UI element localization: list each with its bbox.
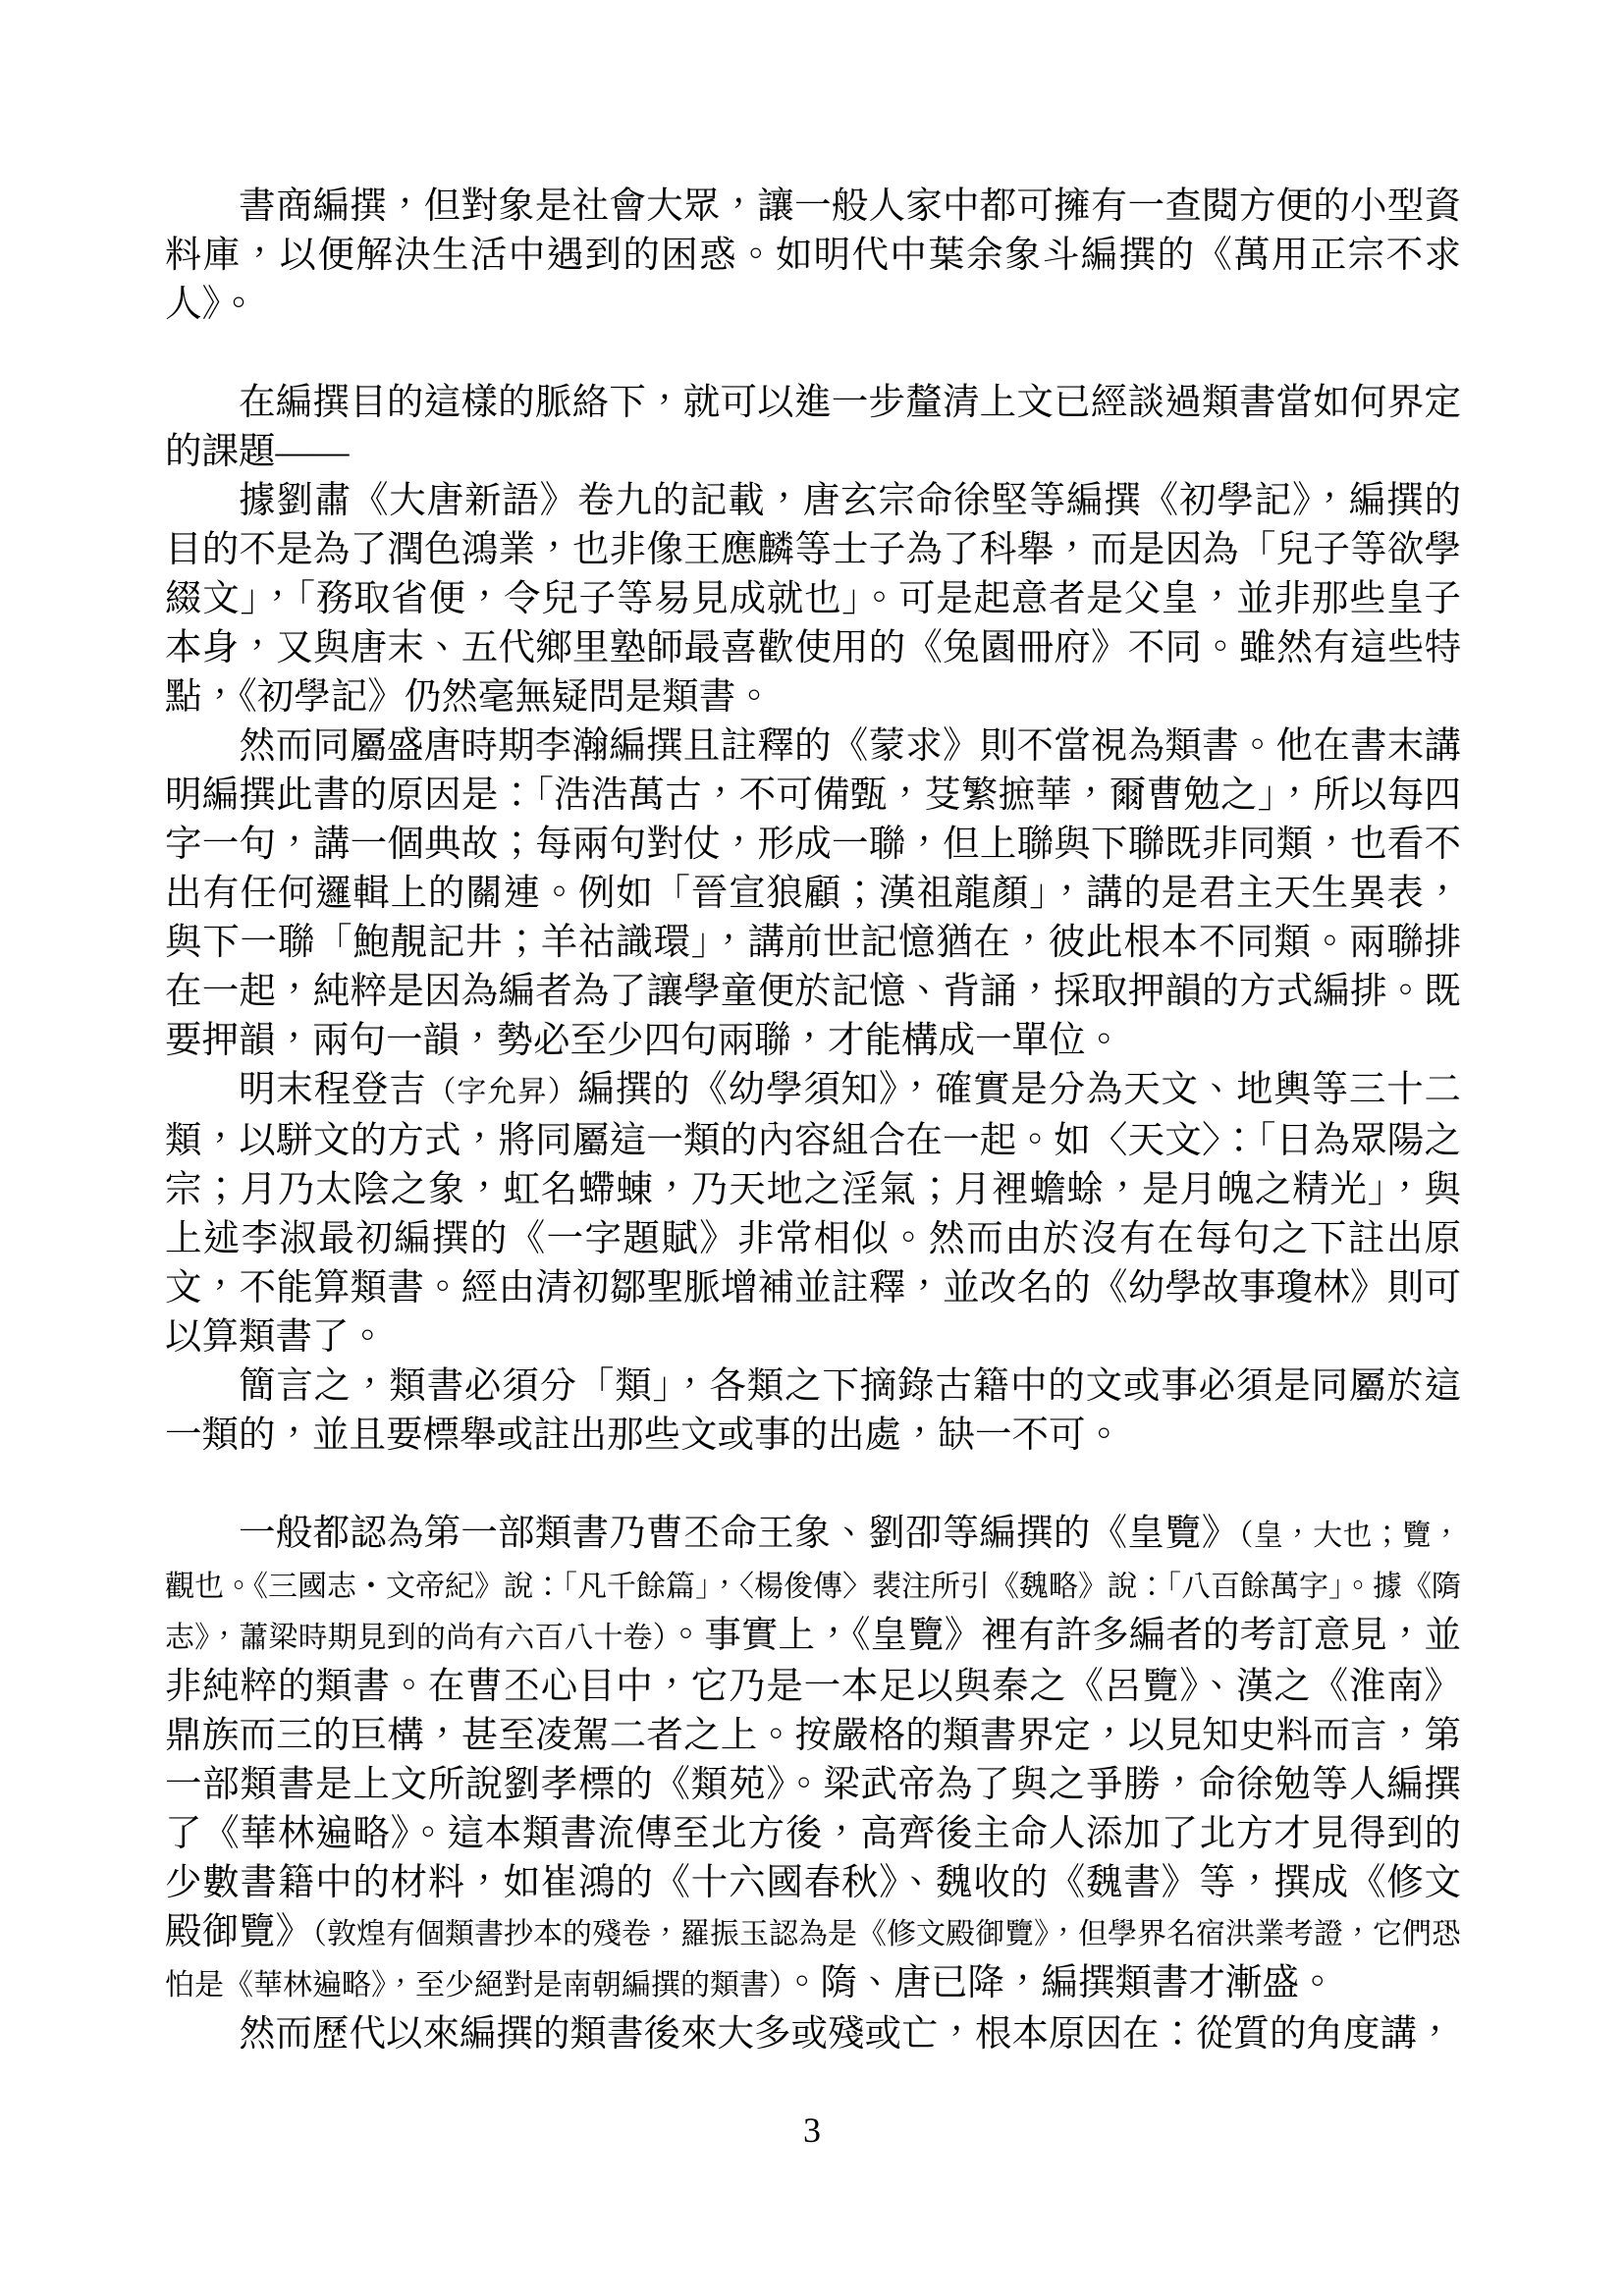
text-run: 在編撰目的這樣的脈絡下，就可以進一步釐清上文已經談過類書當如何界定的課題—— <box>165 383 1461 472</box>
text-run: 明末程登吉 <box>239 1070 426 1110</box>
text-run: 。事實上，《皇覽》裡有許多編者的考訂意見，並非純粹的類書。在曹丕心目中，它乃是一… <box>165 1616 1461 1952</box>
text-run: 編撰的《幼學須知》，確實是分為天文、地輿等三十二類，以駢文的方式，將同屬這一類的… <box>165 1070 1461 1358</box>
paragraph-1: 書商編撰，但對象是社會大眾，讓一般人家中都可擁有一查閱方便的小型資料庫，以便解決… <box>165 183 1461 330</box>
text-run: 簡言之，類書必須分「類」，各類之下摘錄古籍中的文或事必須是同屬於這一類的，並且要… <box>165 1366 1461 1456</box>
text-run: 然而同屬盛唐時期李瀚編撰且註釋的《蒙求》則不當視為類書。他在書末講明編撰此書的原… <box>165 726 1461 1061</box>
paragraph-4: 然而同屬盛唐時期李瀚編撰且註釋的《蒙求》則不當視為類書。他在書末講明編撰此書的原… <box>165 722 1461 1066</box>
document-body: 書商編撰，但對象是社會大眾，讓一般人家中都可擁有一查閱方便的小型資料庫，以便解決… <box>165 183 1461 2059</box>
text-run: 書商編撰，但對象是社會大眾，讓一般人家中都可擁有一查閱方便的小型資料庫，以便解決… <box>165 187 1461 325</box>
paragraph-3: 據劉肅《大唐新語》卷九的記載，唐玄宗命徐堅等編撰《初學記》，編撰的目的不是為了潤… <box>165 477 1461 722</box>
paragraph-8: 然而歷代以來編撰的類書後來大多或殘或亡，根本原因在：從質的角度講， <box>165 2010 1461 2059</box>
text-run: 然而歷代以來編撰的類書後來大多或殘或亡，根本原因在：從質的角度講， <box>239 2014 1454 2055</box>
paragraph-6: 簡言之，類書必須分「類」，各類之下摘錄古籍中的文或事必須是同屬於這一類的，並且要… <box>165 1362 1461 1461</box>
blank-line-2 <box>165 1461 1461 1510</box>
text-run: 一般都認為第一部類書乃曹丕命王象、劉卲等編撰的《皇覽》 <box>239 1514 1238 1554</box>
text-run: （字允昇） <box>426 1076 577 1108</box>
text-run: 。隋、唐已降，編撰類書才漸盛。 <box>784 1963 1336 2003</box>
paragraph-7: 一般都認為第一部類書乃曹丕命王象、劉卲等編撰的《皇覽》（皇，大也；覽，觀也。《三… <box>165 1510 1461 2010</box>
paragraph-2: 在編撰目的這樣的脈絡下，就可以進一步釐清上文已經談過類書當如何界定的課題—— <box>165 379 1461 477</box>
text-run: 據劉肅《大唐新語》卷九的記載，唐玄宗命徐堅等編撰《初學記》，編撰的目的不是為了潤… <box>165 481 1461 718</box>
document-page: 書商編撰，但對象是社會大眾，讓一般人家中都可擁有一查閱方便的小型資料庫，以便解決… <box>0 0 1624 2296</box>
paragraph-5: 明末程登吉（字允昇）編撰的《幼學須知》，確實是分為天文、地輿等三十二類，以駢文的… <box>165 1066 1461 1362</box>
blank-line-1 <box>165 330 1461 379</box>
page-number: 3 <box>0 2109 1624 2152</box>
